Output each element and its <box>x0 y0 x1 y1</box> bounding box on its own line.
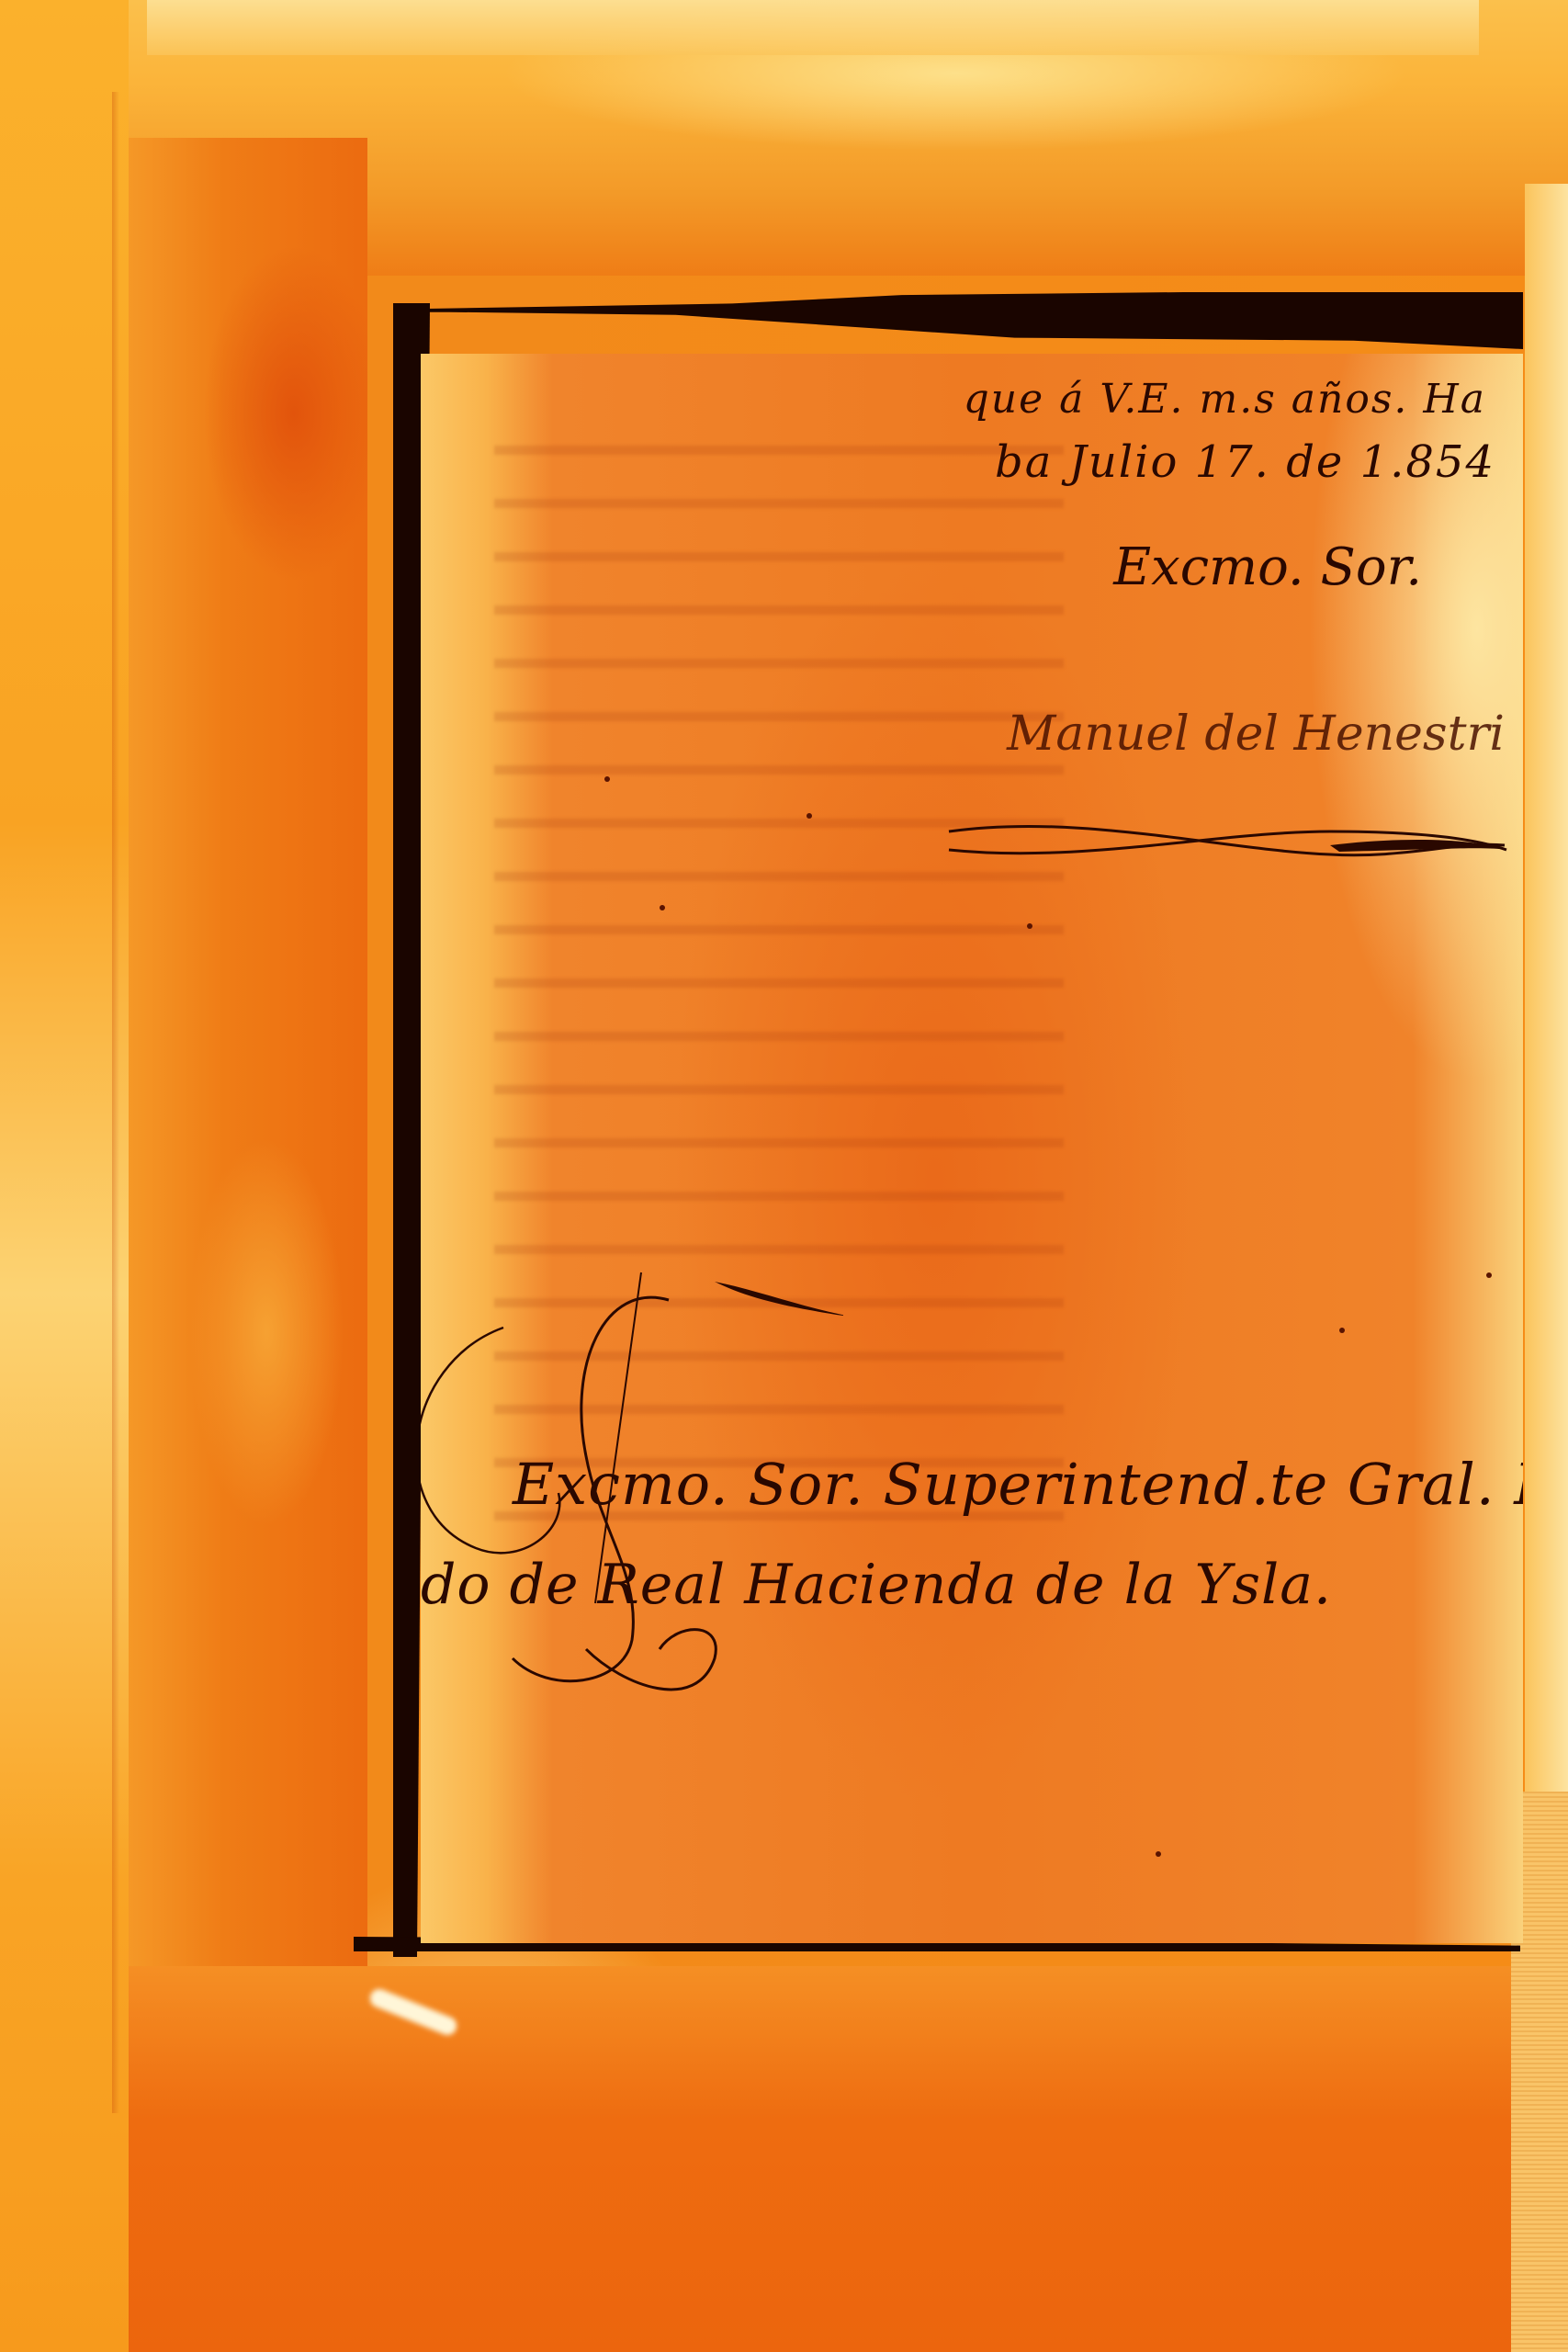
addressee-line-2: do de Real Hacienda de la Ysla. <box>421 1557 1332 1612</box>
strip-edge <box>112 92 119 2113</box>
mat-left <box>129 138 367 1975</box>
signature: Manuel del Henestri <box>1007 710 1505 758</box>
left-backing-strip <box>0 0 129 2352</box>
closing-line-1: que á V.E. m.s años. Ha <box>964 379 1486 420</box>
signature-flourish-icon <box>944 813 1514 868</box>
mat-bottom <box>129 1966 1534 2352</box>
manuscript-content: que á V.E. m.s años. Ha ba Julio 17. de … <box>421 354 1523 1943</box>
addressee-line-1: Excmo. Sor. Superintend.te Gral. Delega <box>513 1456 1568 1513</box>
manuscript-page: que á V.E. m.s años. Ha ba Julio 17. de … <box>421 354 1523 1943</box>
closing-line-2: ba Julio 17. de 1.854 <box>995 440 1495 484</box>
salutation: Excmo. Sor. <box>1113 542 1422 594</box>
top-sheen <box>147 0 1479 55</box>
